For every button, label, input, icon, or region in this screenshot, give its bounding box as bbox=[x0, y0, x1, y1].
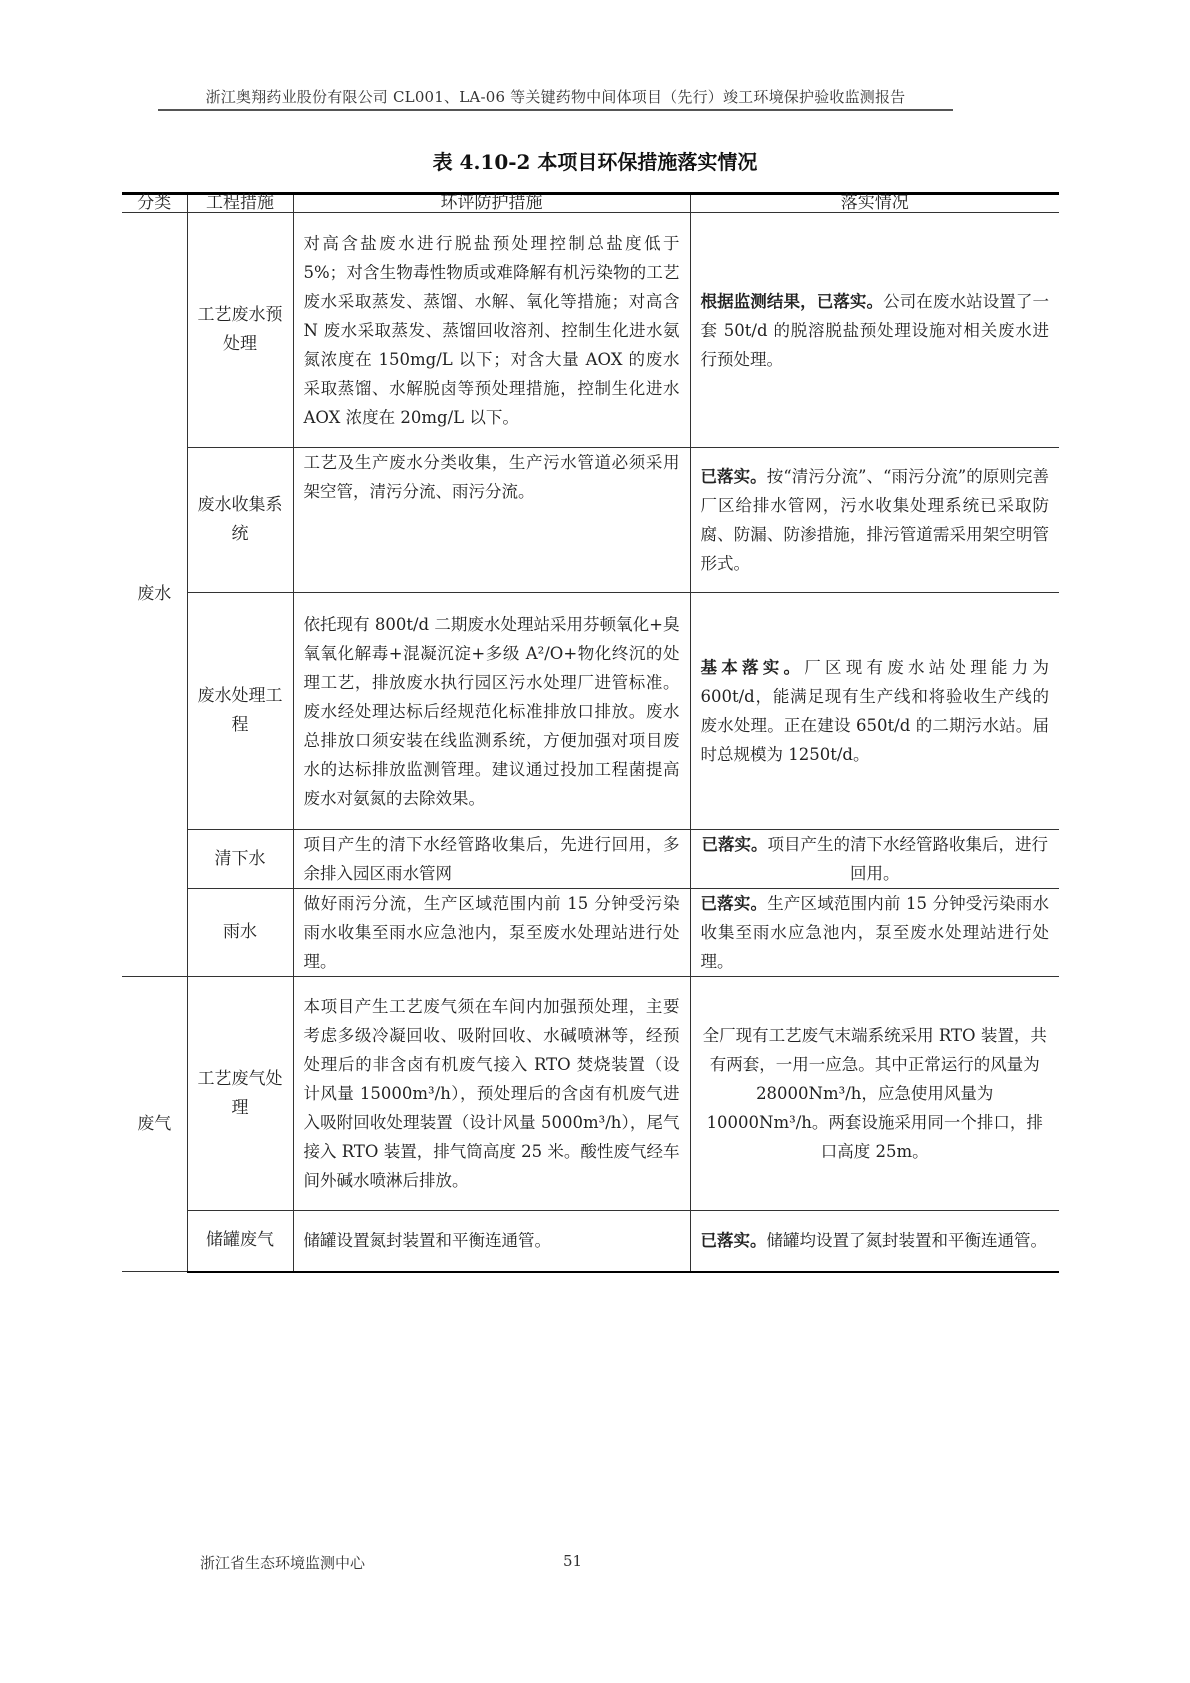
status-detail: 项目产生的清下水经管路收集后，进行回用。 bbox=[768, 835, 1049, 883]
status-cell: 已落实。按“清污分流”、“雨污分流”的原则完善厂区给排水管网，污水收集处理系统已… bbox=[690, 448, 1059, 593]
page-number: 51 bbox=[563, 1552, 582, 1570]
measure-cell: 清下水 bbox=[187, 830, 293, 889]
table-row: 废水收集系统 工艺及生产废水分类收集，生产污水管道必须采用架空管，清污分流、雨污… bbox=[122, 448, 1059, 593]
table-row: 废水处理工程 依托现有 800t/d 二期废水处理站采用芬顿氧化+臭氧氧化解毒+… bbox=[122, 593, 1059, 830]
measure-cell: 废水处理工程 bbox=[187, 593, 293, 830]
status-verdict: 已落实。 bbox=[701, 1231, 767, 1250]
requirement-cell: 项目产生的清下水经管路收集后，先进行回用，多余排入园区雨水管网 bbox=[293, 830, 690, 889]
requirement-cell: 工艺及生产废水分类收集，生产污水管道必须采用架空管，清污分流、雨污分流。 bbox=[293, 448, 690, 593]
table-header-row: 分类 工程措施 环评防护措施 落实情况 bbox=[122, 194, 1059, 213]
measure-cell: 工艺废气处理 bbox=[187, 977, 293, 1211]
measure-cell: 雨水 bbox=[187, 889, 293, 977]
column-header-measure: 工程措施 bbox=[187, 194, 293, 213]
measure-cell: 工艺废水预处理 bbox=[187, 213, 293, 448]
measure-cell: 废水收集系统 bbox=[187, 448, 293, 593]
table-row: 雨水 做好雨污分流，生产区域范围内前 15 分钟受污染雨水收集至雨水应急池内，泵… bbox=[122, 889, 1059, 977]
status-cell: 已落实。项目产生的清下水经管路收集后，进行回用。 bbox=[690, 830, 1059, 889]
status-verdict: 基本落实。 bbox=[701, 658, 805, 677]
header-rule bbox=[158, 109, 953, 111]
measure-cell: 储罐废气 bbox=[187, 1211, 293, 1272]
footer-organization: 浙江省生态环境监测中心 bbox=[200, 1552, 365, 1573]
requirement-cell: 储罐设置氮封装置和平衡连通管。 bbox=[293, 1211, 690, 1272]
requirement-cell: 本项目产生工艺废气须在车间内加强预处理，主要考虑多级冷凝回收、吸附回收、水碱喷淋… bbox=[293, 977, 690, 1211]
table-row: 清下水 项目产生的清下水经管路收集后，先进行回用，多余排入园区雨水管网 已落实。… bbox=[122, 830, 1059, 889]
status-verdict: 已落实。 bbox=[701, 894, 768, 913]
status-cell: 根据监测结果，已落实。公司在废水站设置了一套 50t/d 的脱溶脱盐预处理设施对… bbox=[690, 213, 1059, 448]
category-cell-wastewater: 废水 bbox=[122, 213, 187, 977]
column-header-category: 分类 bbox=[122, 194, 187, 213]
status-cell: 全厂现有工艺废气末端系统采用 RTO 装置，共有两套，一用一应急。其中正常运行的… bbox=[690, 977, 1059, 1211]
table-row: 储罐废气 储罐设置氮封装置和平衡连通管。 已落实。储罐均设置了氮封装置和平衡连通… bbox=[122, 1211, 1059, 1272]
status-verdict: 已落实。 bbox=[702, 835, 768, 854]
column-header-requirement: 环评防护措施 bbox=[293, 194, 690, 213]
status-cell: 已落实。生产区域范围内前 15 分钟受污染雨水收集至雨水应急池内，泵至废水处理站… bbox=[690, 889, 1059, 977]
column-header-status: 落实情况 bbox=[690, 194, 1059, 213]
status-cell: 基本落实。厂区现有废水站处理能力为 600t/d，能满足现有生产线和将验收生产线… bbox=[690, 593, 1059, 830]
requirement-cell: 对高含盐废水进行脱盐预处理控制总盐度低于 5%；对含生物毒性物质或难降解有机污染… bbox=[293, 213, 690, 448]
measures-table: 分类 工程措施 环评防护措施 落实情况 废水 工艺废水预处理 对高含盐废水进行脱… bbox=[122, 192, 1059, 1273]
category-cell-waste-gas: 废气 bbox=[122, 977, 187, 1272]
running-header: 浙江奥翔药业股份有限公司 CL001、LA-06 等关键药物中间体项目（先行）竣… bbox=[158, 86, 953, 107]
status-cell: 已落实。储罐均设置了氮封装置和平衡连通管。 bbox=[690, 1211, 1059, 1272]
status-verdict: 根据监测结果，已落实。 bbox=[701, 292, 884, 311]
status-detail: 全厂现有工艺废气末端系统采用 RTO 装置，共有两套，一用一应急。其中正常运行的… bbox=[703, 1026, 1047, 1161]
status-detail: 储罐均设置了氮封装置和平衡连通管。 bbox=[767, 1231, 1048, 1250]
table-row: 废水 工艺废水预处理 对高含盐废水进行脱盐预处理控制总盐度低于 5%；对含生物毒… bbox=[122, 213, 1059, 448]
status-verdict: 已落实。 bbox=[701, 467, 767, 486]
table-title: 表 4.10-2 本项目环保措施落实情况 bbox=[0, 146, 1190, 175]
requirement-cell: 做好雨污分流，生产区域范围内前 15 分钟受污染雨水收集至雨水应急池内，泵至废水… bbox=[293, 889, 690, 977]
table-row: 废气 工艺废气处理 本项目产生工艺废气须在车间内加强预处理，主要考虑多级冷凝回收… bbox=[122, 977, 1059, 1211]
requirement-cell: 依托现有 800t/d 二期废水处理站采用芬顿氧化+臭氧氧化解毒+混凝沉淀+多级… bbox=[293, 593, 690, 830]
